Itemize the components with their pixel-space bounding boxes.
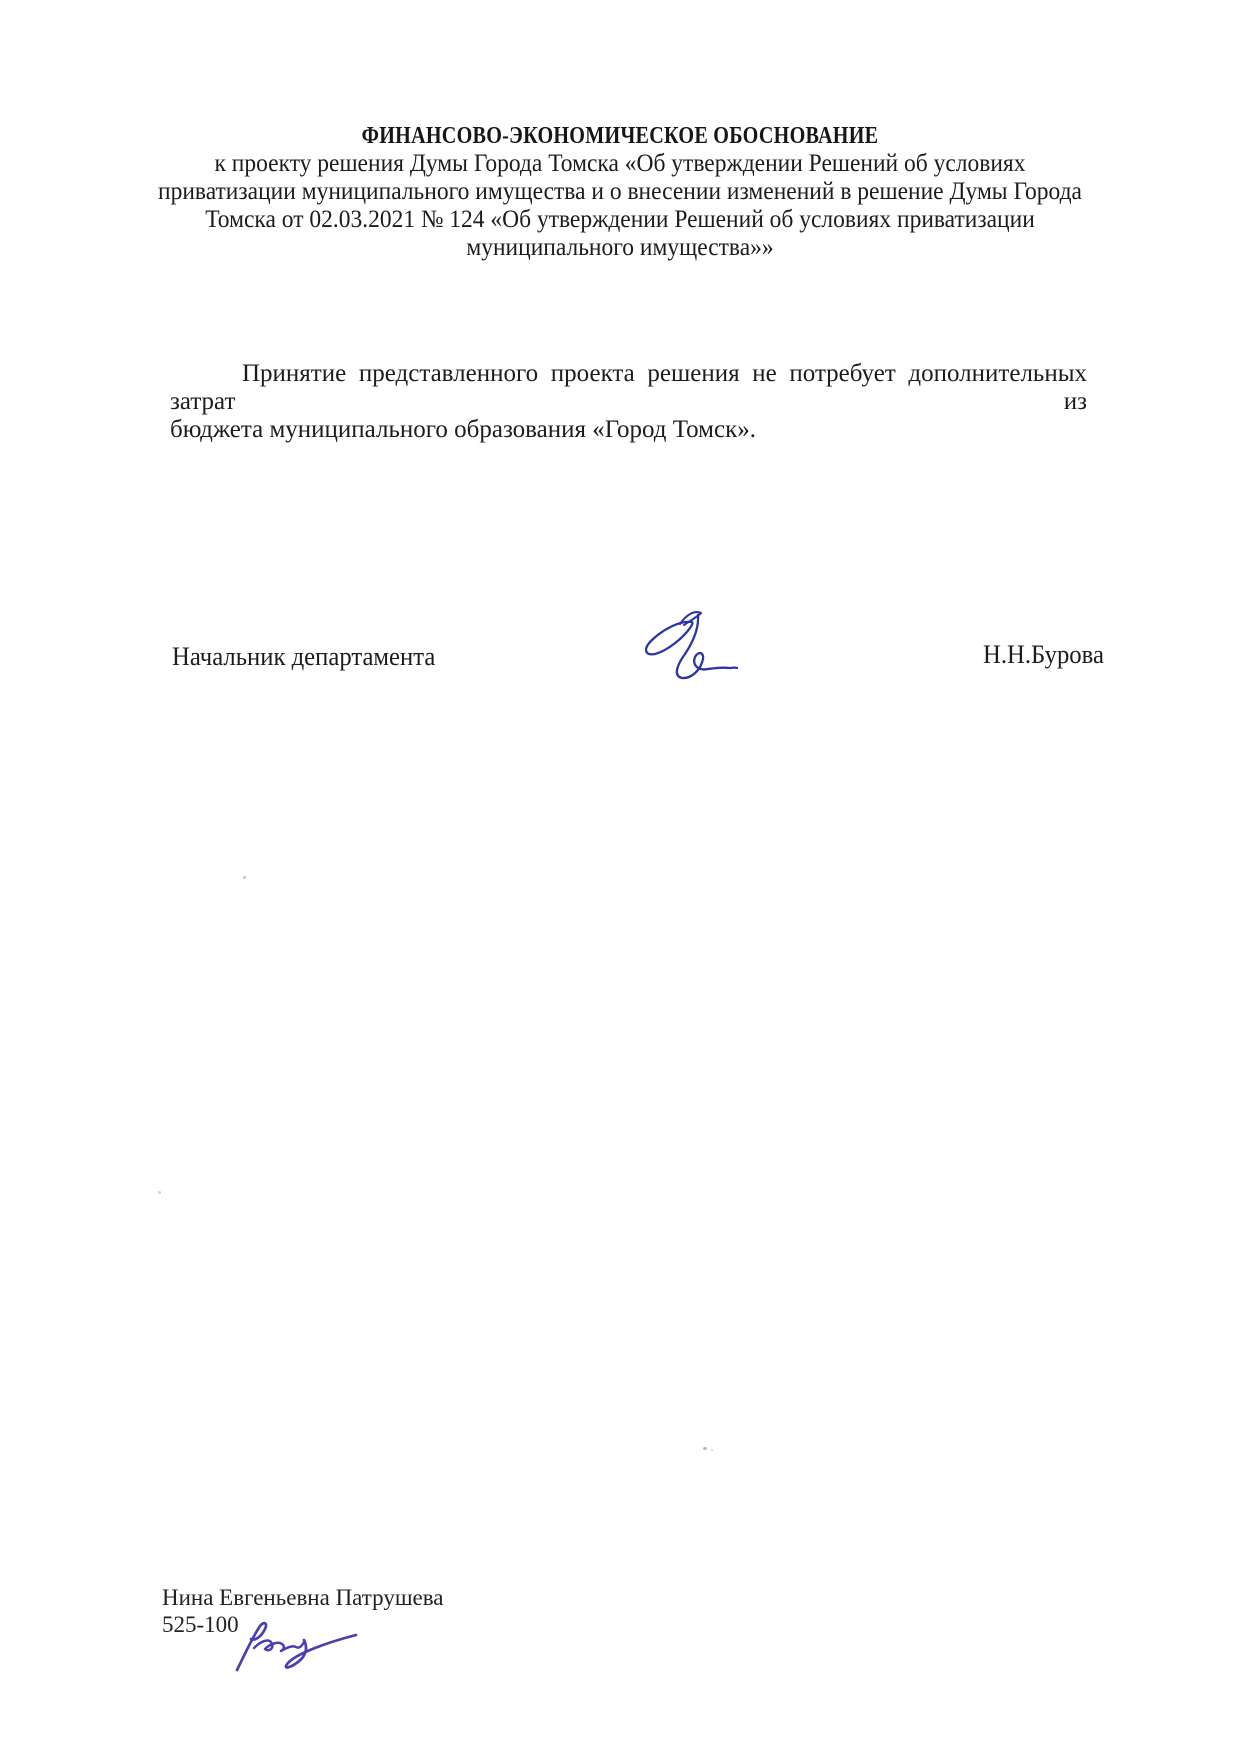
scan-speck bbox=[711, 1449, 713, 1451]
body-paragraph-line-1: Принятие представленного проекта решения… bbox=[170, 360, 1087, 416]
document-header: ФИНАНСОВО-ЭКОНОМИЧЕСКОЕ ОБОСНОВАНИЕ к пр… bbox=[70, 122, 1170, 262]
signature-stroke bbox=[254, 1641, 304, 1651]
scan-speck bbox=[243, 876, 246, 879]
signature-stroke bbox=[237, 1623, 266, 1670]
document-subtitle-line-1: к проекту решения Думы Города Томска «Об… bbox=[103, 150, 1137, 178]
signature-stroke bbox=[286, 1635, 356, 1667]
body-paragraph: Принятие представленного проекта решения… bbox=[170, 360, 1087, 444]
scan-speck bbox=[158, 1191, 161, 1194]
body-paragraph-line-2: бюджета муниципального образования «Горо… bbox=[170, 416, 1087, 444]
document-title: ФИНАНСОВО-ЭКОНОМИЧЕСКОЕ ОБОСНОВАНИЕ bbox=[158, 122, 1082, 150]
document-subtitle-line-4: муниципального имущества»» bbox=[103, 234, 1137, 262]
handwritten-signature-icon bbox=[642, 608, 742, 686]
document-subtitle-line-3: Томска от 02.03.2021 № 124 «Об утвержден… bbox=[103, 206, 1137, 234]
document-subtitle-line-2: приватизации муниципального имущества и … bbox=[103, 178, 1137, 206]
signatory-name: Н.Н.Бурова bbox=[983, 641, 1104, 669]
executor-name: Нина Евгеньевна Патрушева bbox=[162, 1584, 444, 1611]
executor-signature-icon bbox=[230, 1618, 360, 1678]
document-page: ФИНАНСОВО-ЭКОНОМИЧЕСКОЕ ОБОСНОВАНИЕ к пр… bbox=[0, 0, 1240, 1753]
signatory-role-label: Начальник департамента bbox=[172, 643, 435, 671]
signature-stroke bbox=[646, 622, 692, 655]
scan-speck bbox=[703, 1447, 707, 1450]
